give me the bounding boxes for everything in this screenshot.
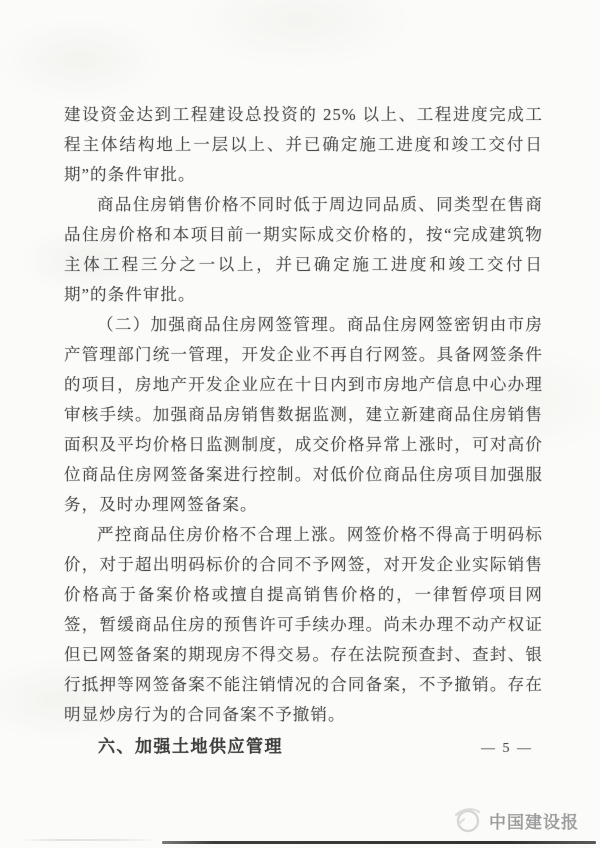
page-number: — 5 — <box>462 741 552 757</box>
document-body: 建设资金达到工程建设总投资的 25% 以上、工程进度完成工程主体结构地上一层以上… <box>64 100 543 762</box>
china-construction-news-logo-icon <box>452 805 482 835</box>
body-paragraph: （二）加强商品住房网签管理。商品住房网签密钥由市房产管理部门统一管理，开发企业不… <box>64 310 543 520</box>
body-paragraph: 商品住房销售价格不同时低于周边同品质、同类型在售商品住房价格和本项目前一期实际成… <box>64 190 543 310</box>
footer-brand: 中国建设报 <box>452 804 579 836</box>
footer-brand-text: 中国建设报 <box>489 808 579 833</box>
body-paragraph-continuation: 建设资金达到工程建设总投资的 25% 以上、工程进度完成工程主体结构地上一层以上… <box>64 100 543 190</box>
bottom-rule-faint <box>18 839 158 841</box>
bottom-rule <box>162 841 596 844</box>
scanned-document-page: 建设资金达到工程建设总投资的 25% 以上、工程进度完成工程主体结构地上一层以上… <box>0 0 600 848</box>
body-paragraph: 严控商品住房价格不合理上涨。网签价格不得高于明码标价，对于超出明码标价的合同不予… <box>64 520 543 730</box>
